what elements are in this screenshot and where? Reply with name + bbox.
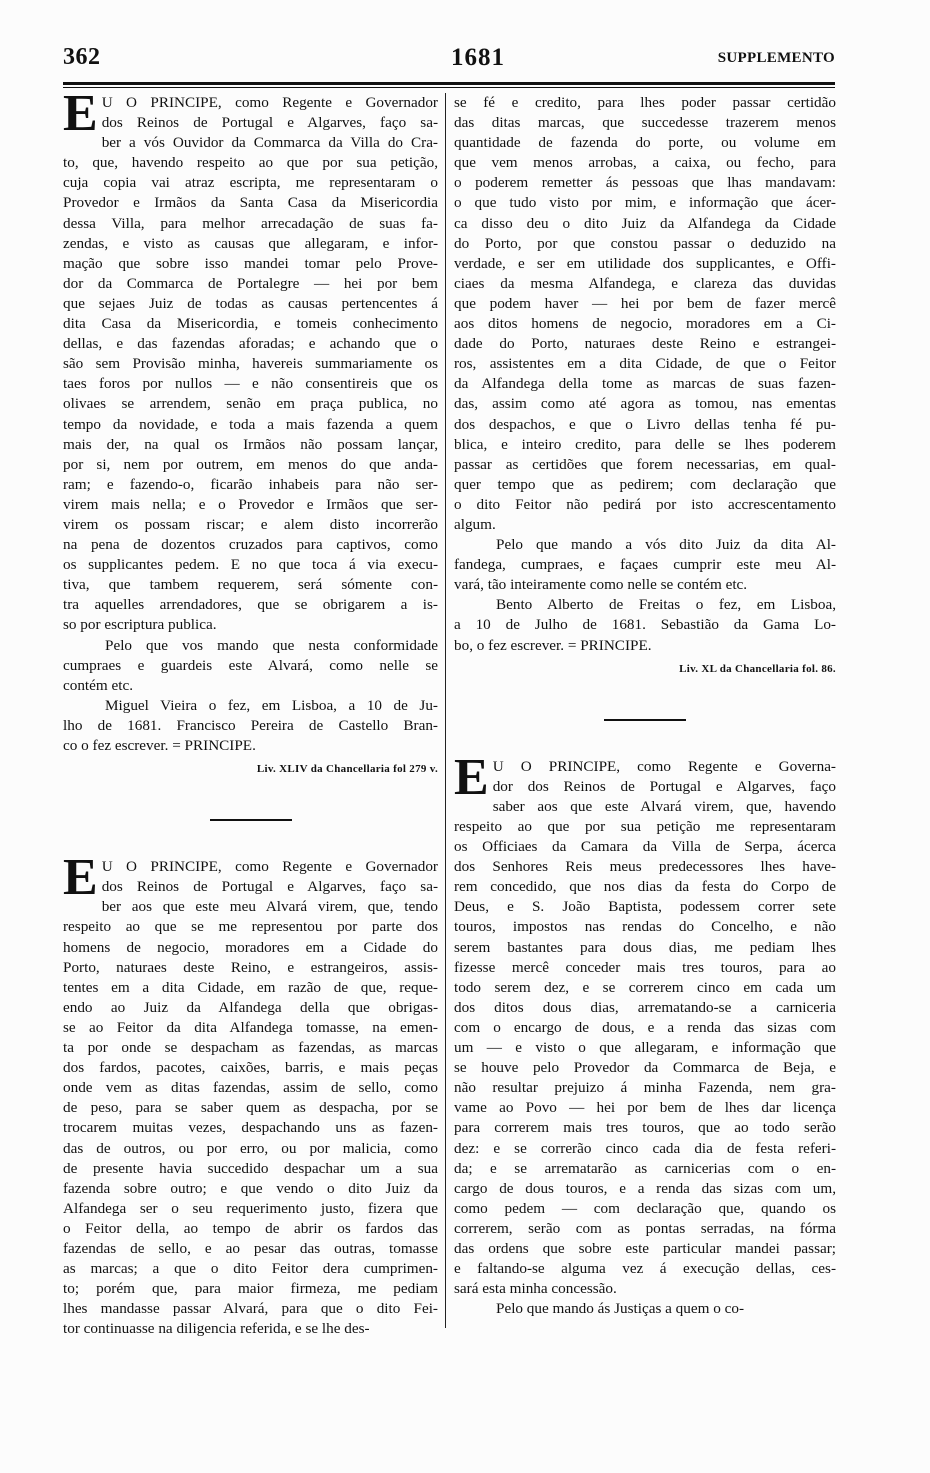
text-line: to, que, havendo respeito ao que por sua…: [63, 153, 438, 173]
text-line: dade do Porto, naturaes deste Reino e es…: [454, 334, 836, 354]
text-line: fazendas de sello, e ao pesar das outras…: [63, 1239, 438, 1259]
text-line: tentes em a dita Cidade, em razão de que…: [63, 978, 438, 998]
decree-1-signature: Miguel Vieira o fez, em Lisboa, a 10 de …: [63, 696, 438, 756]
text-line: ca disso deu o dito Juiz da Alfandega da…: [454, 214, 836, 234]
decree-3: E U O PRINCIPE, como Regente e Governa- …: [454, 757, 836, 1320]
text-line: cuja copia vai atraz escripta, me repres…: [63, 173, 438, 193]
text-line: dos ditos dous dias, arrematando-se a ca…: [454, 998, 836, 1018]
text-line: Pelo que mando a vós dito Juiz da dita A…: [454, 535, 836, 555]
text-line: vame ao Povo — hei por bem de lhes dar l…: [454, 1098, 836, 1118]
text-line: como pedem — com declaração que, quando …: [454, 1199, 836, 1219]
text-line: se houve pelo Provedor da Commarca de Be…: [454, 1058, 836, 1078]
text-line: que sejaes Juiz de todas as causas perte…: [63, 294, 438, 314]
text-line: dessa Villa, para melhor arrecadação de …: [63, 214, 438, 234]
decree-2-command: Pelo que mando a vós dito Juiz da dita A…: [454, 535, 836, 595]
text-line: zendas, e visto as causas que allegaram,…: [63, 234, 438, 254]
text-line: virem os possam riscar; e alem disto inc…: [63, 515, 438, 535]
decree-2: E U O PRINCIPE, como Regente e Governado…: [63, 857, 438, 1339]
text-line: para correrem mais tres touros, que ao t…: [454, 1118, 836, 1138]
text-line: Deus, e S. João Baptista, podessem corre…: [454, 897, 836, 917]
decree-1-command: Pelo que vos mando que nesta conformidad…: [63, 636, 438, 696]
text-line: taes foros por nullos — e não consentire…: [63, 374, 438, 394]
text-line: o dito Feitor não pedirá por isto accres…: [454, 495, 836, 515]
page-number: 362: [63, 44, 101, 71]
left-column: E U O PRINCIPE, como Regente e Governado…: [63, 93, 438, 1339]
section-separator: [604, 719, 686, 721]
text-line: tempo da novidade, e toda a mais fazenda…: [63, 415, 438, 435]
text-line: da; e se arrematarão as carnicerias com …: [454, 1159, 836, 1179]
text-line: blica, e inteiro credito, para delle se …: [454, 435, 836, 455]
text-line: Miguel Vieira o fez, em Lisboa, a 10 de …: [63, 696, 438, 716]
text-line: por si, nem por outrem, em menos do que …: [63, 455, 438, 475]
text-line: na pena de dozentos cruzados para captiv…: [63, 535, 438, 555]
text-line: dita Casa da Misericordia, e tomeis conh…: [63, 314, 438, 334]
text-line: e faltando-se alguma vez á execução dell…: [454, 1259, 836, 1279]
running-year: 1681: [418, 44, 538, 72]
text-line: Porto, naturaes deste Reino, e estrangei…: [63, 958, 438, 978]
text-line: o que tudo visto por mim, e informação q…: [454, 193, 836, 213]
text-line: sará esta minha concessão.: [454, 1279, 836, 1299]
text-line: do Porto, por que constou passar o deduz…: [454, 234, 836, 254]
drop-cap: E: [63, 95, 98, 135]
column-divider: [445, 93, 446, 1328]
text-line: correrem, serão com as pontas serradas, …: [454, 1219, 836, 1239]
text-line: cargo de dous touros, e a renda das siza…: [454, 1179, 836, 1199]
text-line: aos ditos homens de negocio, moradores e…: [454, 314, 836, 334]
text-line: verdade, e ser em utilidade dos supplica…: [454, 254, 836, 274]
text-line: mação que sobre isso mandei tomar pelo P…: [63, 254, 438, 274]
text-line: das ditas marcas, que succedesse trazere…: [454, 113, 836, 133]
text-line: não resultar prejuizo á minha Fazenda, n…: [454, 1078, 836, 1098]
text-line: as marcas; a que o dito Feitor dera cump…: [63, 1259, 438, 1279]
text-line: U O PRINCIPE, como Regente e Governa-: [454, 757, 836, 777]
text-line: são sem Provisão minha, havereis summari…: [63, 354, 438, 374]
text-line: U O PRINCIPE, como Regente e Governador: [63, 857, 438, 877]
text-line: com o encargo de dous, e a renda das siz…: [454, 1018, 836, 1038]
decree-2-opening: E U O PRINCIPE, como Regente e Governado…: [63, 857, 438, 897]
text-line: dos fardos, pacotes, caixões, barris, e …: [63, 1058, 438, 1078]
text-line: dez: e se correrão cinco cada dia de fes…: [454, 1139, 836, 1159]
text-line: dos Reinos de Portugal e Algarves, faço …: [63, 113, 438, 133]
decree-2-body: ber aos que este meu Alvará virem, que, …: [63, 897, 438, 1339]
text-line: endo ao Juiz da Alfandega della que obri…: [63, 998, 438, 1018]
right-column: se fé e credito, para lhes poder passar …: [454, 93, 836, 1319]
text-line: bo, o fez escrever. = PRINCIPE.: [454, 636, 836, 656]
decree-2-continued-body: se fé e credito, para lhes poder passar …: [454, 93, 836, 535]
text-line: ram; e fazendo-o, ficarão inhabeis para …: [63, 475, 438, 495]
text-line: respeito ao que por sua petição me repre…: [454, 817, 836, 837]
decree-2-signature: Bento Alberto de Freitas o fez, em Lisbo…: [454, 595, 836, 655]
drop-cap: E: [454, 759, 489, 799]
text-line: cumpraes e guardeis este Alvará, como ne…: [63, 656, 438, 676]
decree-1-body: ber a vós Ouvidor da Commarca da Villa d…: [63, 133, 438, 635]
text-line: respeito ao que se me representou por pa…: [63, 917, 438, 937]
text-line: serem bastantes para dous dias, me pedia…: [454, 938, 836, 958]
section-separator: [210, 819, 292, 821]
text-line: algum.: [454, 515, 836, 535]
text-line: Bento Alberto de Freitas o fez, em Lisbo…: [454, 595, 836, 615]
text-line: trocarem muitas vezes, despachando uns a…: [63, 1118, 438, 1138]
text-line: se ao Feitor da dita Alfandega tomasse, …: [63, 1018, 438, 1038]
text-line: fizesse mercê conceder mais tres touros,…: [454, 958, 836, 978]
text-line: dos despachos, e que o Livro dellas tenh…: [454, 415, 836, 435]
text-line: a 10 de Julho de 1681. Sebastião da Gama…: [454, 615, 836, 635]
decree-2-continuation: se fé e credito, para lhes poder passar …: [454, 93, 836, 679]
decree-3-body: saber aos que este Alvará virem, que, ha…: [454, 797, 836, 1299]
text-line: que vem menos arrobas, a caixa, ou fecho…: [454, 153, 836, 173]
text-line: os supplicantes pedem. E no que toca á v…: [63, 555, 438, 575]
text-line: saber aos que este Alvará virem, que, ha…: [454, 797, 836, 817]
text-line: mais der, na qual os Irmãos não possam l…: [63, 435, 438, 455]
chancellery-reference: Liv. XLIV da Chancellaria fol 279 v.: [63, 759, 438, 779]
text-line: tiva, que tambem requerem, será sómente …: [63, 575, 438, 595]
text-line: dos Reinos de Portugal e Algarves, faço …: [63, 877, 438, 897]
chancellery-reference: Liv. XL da Chancellaria fol. 86.: [454, 659, 836, 679]
text-line: os Officiaes da Camara da Villa de Serpa…: [454, 837, 836, 857]
text-line: lho de 1681. Francisco Pereira de Castel…: [63, 716, 438, 736]
decree-3-command: Pelo que mando ás Justiças a quem o co-: [454, 1299, 836, 1319]
text-line: das de outros, ou por erro, ou por malic…: [63, 1139, 438, 1159]
text-line: contém etc.: [63, 676, 438, 696]
text-line: Provedor e Irmãos da Santa Casa da Miser…: [63, 193, 438, 213]
text-line: virem mais nella; e o Provedor e Irmãos …: [63, 495, 438, 515]
drop-cap: E: [63, 859, 98, 899]
text-line: rem concedido, que nos dias da festa do …: [454, 877, 836, 897]
decree-1-opening: E U O PRINCIPE, como Regente e Governado…: [63, 93, 438, 133]
text-line: das ordens que sobre este particular man…: [454, 1239, 836, 1259]
text-line: dor dos Reinos de Portugal e Algarves, f…: [454, 777, 836, 797]
header-rule: [63, 82, 835, 88]
section-title: SUPPLEMENTO: [718, 50, 835, 67]
text-line: vará, tão inteiramente como nelle se con…: [454, 575, 836, 595]
text-line: o Feitor della, ao tempo de abrir os far…: [63, 1219, 438, 1239]
text-line: de peso, para se saber quem as despacha,…: [63, 1098, 438, 1118]
text-line: Pelo que mando ás Justiças a quem o co-: [454, 1299, 836, 1319]
text-line: fandega, cumpraes, e façaes cumprir este…: [454, 555, 836, 575]
text-line: o poderem remetter ás pessoas que lhas m…: [454, 173, 836, 193]
text-line: se fé e credito, para lhes poder passar …: [454, 93, 836, 113]
text-line: Pelo que vos mando que nesta conformidad…: [63, 636, 438, 656]
text-line: quantidade de fazenda do porte, ou volum…: [454, 133, 836, 153]
text-line: Alfandega ser o seu requerimento justo, …: [63, 1199, 438, 1219]
text-line: um — e visto o que allegaram, e informaç…: [454, 1038, 836, 1058]
text-line: olivaes se arrendem, senão em praça publ…: [63, 394, 438, 414]
text-line: dos Senhores Reis meus predecessores lhe…: [454, 857, 836, 877]
text-line: que podem haver — hei por bem de fazer m…: [454, 294, 836, 314]
text-line: to; porém que, para maior firmeza, me pe…: [63, 1279, 438, 1299]
page-header: 362 1681 SUPPLEMENTO: [63, 44, 835, 72]
text-line: tra aquelles arrendadores, que se obriga…: [63, 595, 438, 615]
text-line: todo serem dez, e se correrem cinco em c…: [454, 978, 836, 998]
text-line: passar as certidões que forem necessaria…: [454, 455, 836, 475]
text-line: co o fez escrever. = PRINCIPE.: [63, 736, 438, 756]
text-line: homens de negocio, moradores em a Cidade…: [63, 938, 438, 958]
text-line: touros, impostos nas rendas do Concelho,…: [454, 917, 836, 937]
text-line: das, assim como até agora as tomou, nas …: [454, 394, 836, 414]
text-line: lhes mandasse passar Alvará, para que o …: [63, 1299, 438, 1319]
text-line: tor continuasse na diligencia referida, …: [63, 1319, 438, 1339]
text-line: da Alfandega della tome as marcas de sua…: [454, 374, 836, 394]
text-line: U O PRINCIPE, como Regente e Governador: [63, 93, 438, 113]
text-line: dor da Commarca de Portalegre — hei por …: [63, 274, 438, 294]
decree-1: E U O PRINCIPE, como Regente e Governado…: [63, 93, 438, 779]
text-line: ber a vós Ouvidor da Commarca da Villa d…: [63, 133, 438, 153]
text-line: onde vem as ditas fazendas, assim de sel…: [63, 1078, 438, 1098]
text-line: de presente havia succedido despachar um…: [63, 1159, 438, 1179]
text-line: ta por onde se despacham as fazendas, as…: [63, 1038, 438, 1058]
text-line: so por escriptura publica.: [63, 615, 438, 635]
decree-3-opening: E U O PRINCIPE, como Regente e Governa- …: [454, 757, 836, 797]
text-line: fazenda sobre outro; e que vendo o dito …: [63, 1179, 438, 1199]
text-line: dellas, e das fazendas aforadas; e achan…: [63, 334, 438, 354]
text-line: ciaes da mesma Alfandega, e clareza das …: [454, 274, 836, 294]
text-line: ros, assistentes em a dita Cidade, de qu…: [454, 354, 836, 374]
text-line: quer tempo que as pedirem; com declaraçã…: [454, 475, 836, 495]
text-line: ber aos que este meu Alvará virem, que, …: [63, 897, 438, 917]
